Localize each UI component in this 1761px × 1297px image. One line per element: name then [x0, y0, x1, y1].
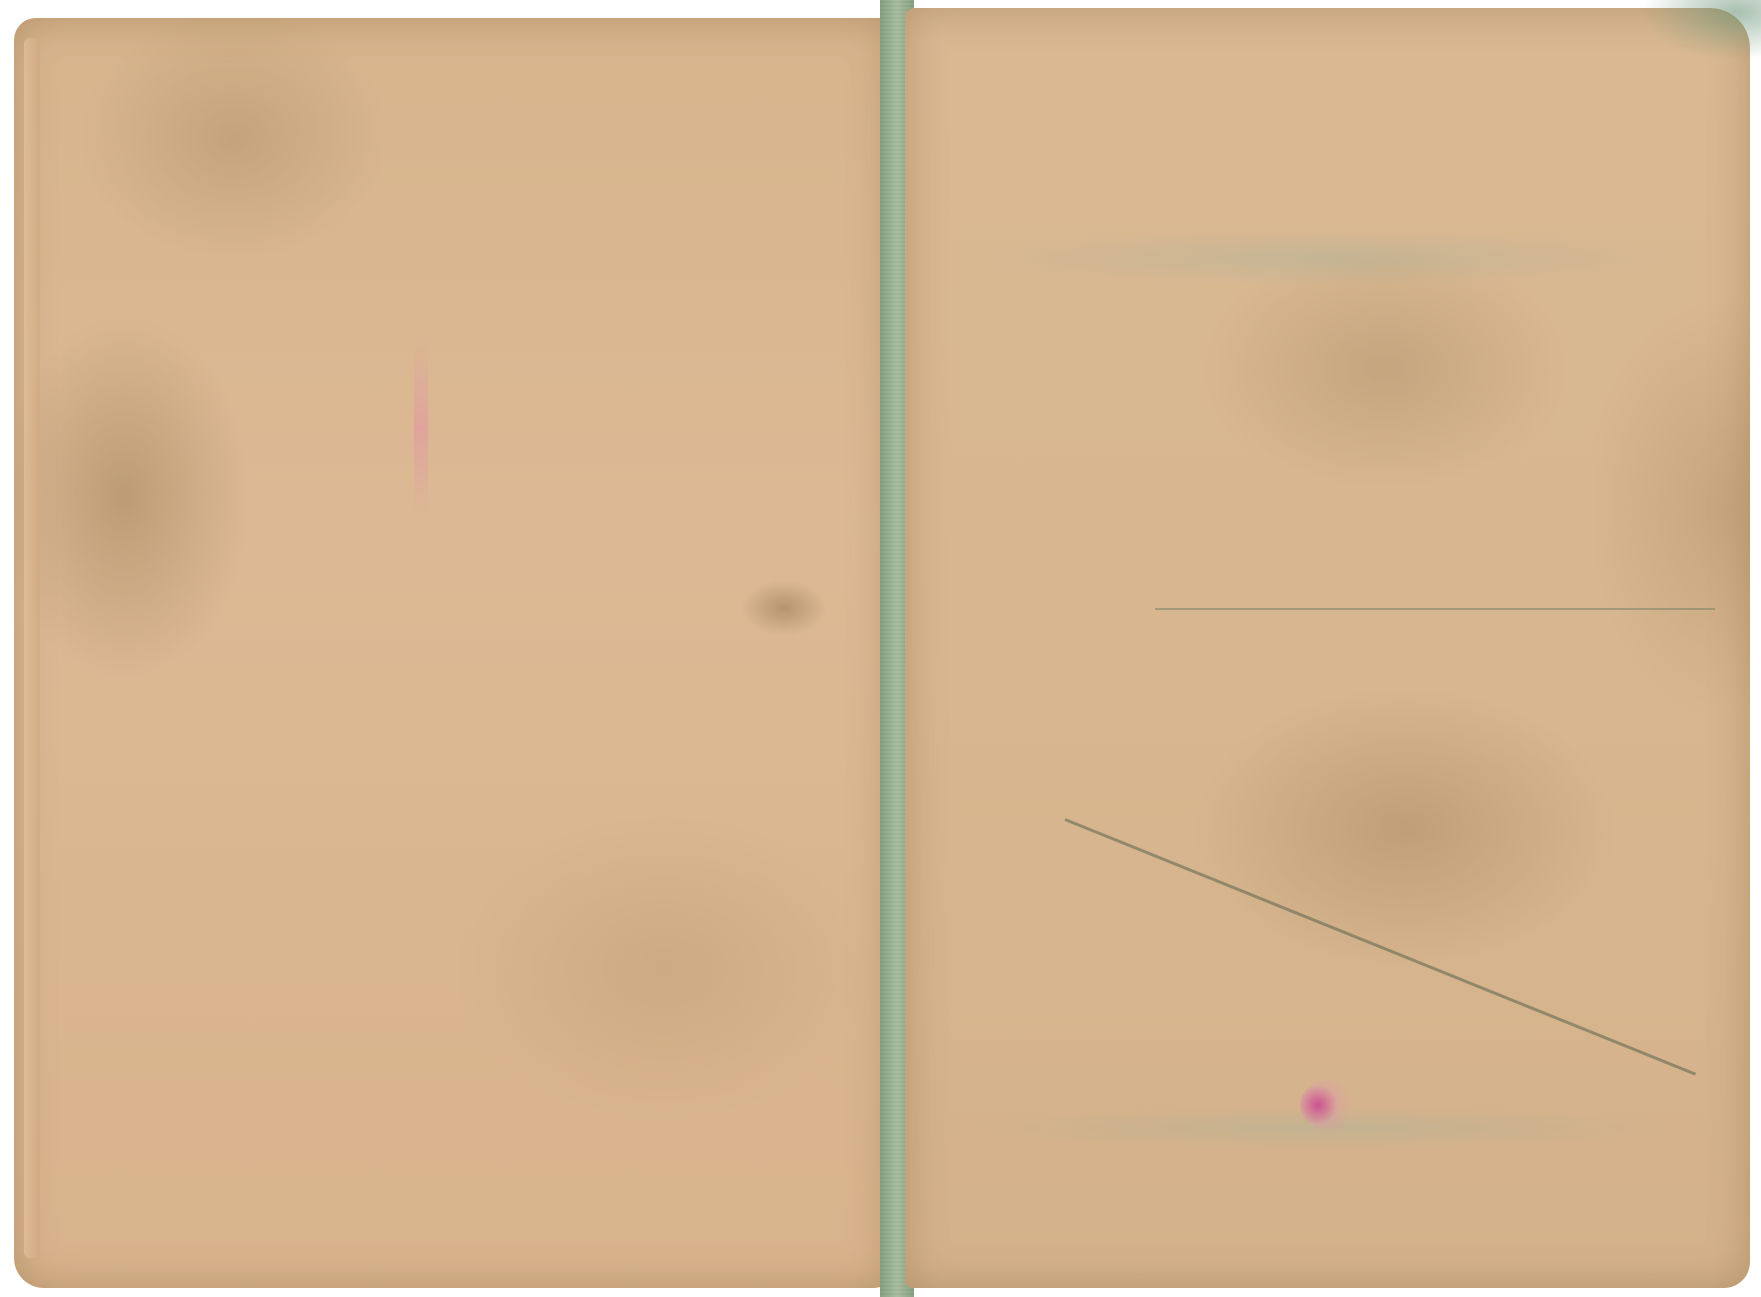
left-page: [14, 18, 889, 1288]
pink-stain: [414, 338, 428, 518]
pink-ink-spot: [1300, 1080, 1360, 1130]
paper-tear: [1155, 608, 1715, 610]
page-edge-stack: [24, 38, 40, 1258]
paper-crease: [1064, 818, 1696, 1076]
frayed-cloth-corner: [1641, 0, 1761, 60]
open-booklet: [0, 0, 1761, 1297]
